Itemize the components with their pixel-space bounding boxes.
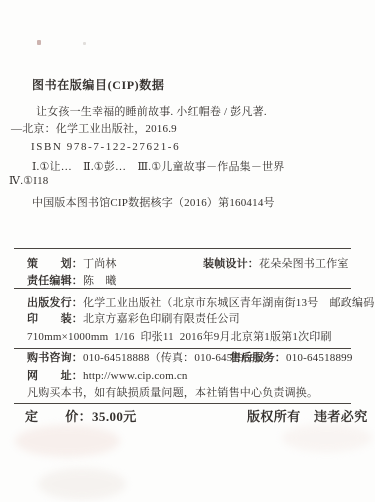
website-label: 网 址： (27, 370, 83, 382)
print-label: 印 装： (27, 313, 83, 325)
scanned-copyright-page: 图书在版编目(CIP)数据 让女孩一生幸福的睡前故事. 小红帽卷 / 彭凡著. … (0, 0, 375, 502)
cip-registry-number: 中国版本图书馆CIP数据核字（2016）第160414号 (32, 197, 275, 209)
cip-publisher-line: —北京：化学工业出版社，2016.9 (11, 123, 177, 135)
website-line: 网 址：http://www.cip.com.cn (27, 370, 188, 382)
print-line: 印 装：北京方嘉彩色印刷有限责任公司 (27, 313, 240, 325)
cip-heading: 图书在版编目(CIP)数据 (32, 79, 164, 92)
publish-label: 出版发行： (27, 297, 83, 309)
exchange-notice: 凡购买本书，如有缺损质量问题，本社销售中心负责调换。 (27, 387, 318, 399)
price-value: 35.00元 (92, 409, 137, 424)
editor-line: 责任编辑：陈 曦 (27, 275, 117, 287)
planner-label: 策 划： (27, 258, 83, 270)
publish-value: 化学工业出版社（北京市东城区青年湖南街13号 邮政编码100011） (83, 297, 375, 309)
price-label: 定 价： (25, 409, 92, 424)
divider-rule (14, 248, 351, 249)
design-line: 装帧设计：花朵朵图书工作室 (203, 258, 349, 270)
service-value: 010-64518899 (286, 352, 353, 364)
editor-value: 陈 曦 (83, 275, 117, 287)
divider-rule (14, 288, 351, 289)
planner-value: 丁尚林 (83, 258, 117, 270)
design-value: 花朵朵图书工作室 (259, 258, 349, 270)
purchase-label: 购书咨询： (27, 352, 83, 364)
divider-rule (14, 348, 351, 349)
divider-rule (14, 403, 351, 404)
cip-title-line: 让女孩一生幸福的睡前故事. 小红帽卷 / 彭凡著. (36, 106, 267, 118)
cip-classification-line1: Ⅰ.①让… Ⅱ.①彭… Ⅲ.①儿童故事－作品集－世界 (32, 161, 284, 173)
publish-line: 出版发行：化学工业出版社（北京市东城区青年湖南街13号 邮政编码100011） (27, 297, 375, 309)
scan-blotch (38, 468, 126, 500)
scan-speck (83, 42, 86, 45)
copyright-notice: 版权所有 违者必究 (247, 410, 368, 424)
scan-blotch (282, 424, 372, 452)
service-line: 售后服务：010-64518899 (230, 352, 353, 364)
scan-speck (37, 40, 41, 45)
cip-isbn: ISBN 978-7-122-27621-6 (31, 141, 180, 153)
design-label: 装帧设计： (203, 258, 259, 270)
scan-blotch (15, 425, 120, 457)
price-line: 定 价：35.00元 (25, 410, 137, 424)
cip-classification-line2: Ⅳ.①I18 (9, 175, 48, 187)
print-value: 北京方嘉彩色印刷有限责任公司 (83, 313, 240, 325)
service-label: 售后服务： (230, 352, 286, 364)
format-line: 710mm×1000mm 1/16 印张11 2016年9月北京第1版第1次印刷 (27, 331, 332, 343)
planner-line: 策 划：丁尚林 (27, 258, 117, 270)
editor-label: 责任编辑： (27, 275, 83, 287)
website-value: http://www.cip.com.cn (83, 370, 188, 382)
